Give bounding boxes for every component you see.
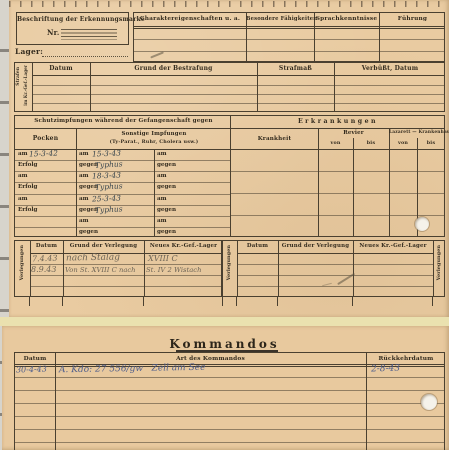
divider-stub <box>222 297 223 306</box>
divider-stub <box>236 297 237 306</box>
col-header-reason: Grund der Verlegung <box>278 243 353 249</box>
pow-record-card-scan: Beschriftung der Erkennungsmarke Nr. Lag… <box>0 0 449 450</box>
lazarett-von-label: von <box>389 140 417 146</box>
vacc-value: Typhus <box>95 204 123 214</box>
col-header-conduct: Führung <box>379 16 446 22</box>
transfer-new-camp: XVIII C <box>148 254 178 263</box>
divider-stub <box>62 297 63 306</box>
transfers-side-label: Verlegungen <box>436 245 442 280</box>
divider-stub <box>352 297 353 306</box>
kommando-date: 30-4-43 <box>16 364 47 374</box>
punch-hole <box>421 394 437 410</box>
traits-table: Charaktereigenschaften u. a. Besondere F… <box>133 12 445 62</box>
vacc-label: am <box>157 196 167 202</box>
vacc-value: 18-3-43 <box>92 170 121 180</box>
col-header-abilities: Besondere Fähigkeiten <box>246 16 314 22</box>
transfer-date: 8.9.43 <box>31 265 56 274</box>
nr-label: Nr. <box>47 28 59 37</box>
nr-ruled-lines <box>61 29 117 40</box>
vacc-label: am <box>79 151 89 157</box>
col-header-art: Art des Kommandos <box>55 356 366 362</box>
divider-stub <box>29 297 30 306</box>
vacc-label: gegen <box>157 207 176 213</box>
vacc-label: am <box>157 151 167 157</box>
vacc-label: gegen <box>157 229 176 235</box>
vacc-value: 15-3-43 <box>92 148 121 158</box>
vacc-label: gegen <box>79 229 98 235</box>
transfers-side-label: Verlegungen <box>226 245 232 280</box>
vacc-label: am <box>79 196 89 202</box>
punishments-side-label-2: im Kr.-Gef.-Lager <box>23 65 28 106</box>
vacc-label: Erfolg <box>18 184 37 190</box>
col-header-traits: Charaktereigenschaften u. a. <box>134 16 246 22</box>
transfer-date: 7.4.43 <box>32 254 58 264</box>
kommandos-title: Kommandos <box>0 337 449 351</box>
id-tag-box: Beschriftung der Erkennungsmarke Nr. <box>16 12 129 45</box>
id-tag-box-title: Beschriftung der Erkennungsmarke <box>17 16 130 23</box>
vacc-label: am <box>79 173 89 179</box>
revier-bis-label: bis <box>353 140 389 146</box>
col-header-pocken: Pocken <box>15 135 76 142</box>
lager-dotted-line <box>42 56 128 57</box>
col-header-new-camp: Neues Kr.-Gef.-Lager <box>144 243 223 249</box>
vacc-label: gegen <box>157 184 176 190</box>
revier-von-label: von <box>318 140 353 146</box>
illnesses-title: Erkrankungen <box>231 118 445 125</box>
col-header-reason: Grund der Verlegung <box>63 243 144 249</box>
kommandos-table: Datum Art des Kommandos Rückkehrdatum 30… <box>14 352 445 450</box>
illnesses-table: Erkrankungen Krankheit Revier von bis La… <box>231 115 445 237</box>
divider-stub <box>277 297 278 306</box>
col-header-other-1: Sonstige Impfungen <box>76 131 232 137</box>
vacc-label: am <box>18 196 28 202</box>
divider-stub <box>432 297 433 306</box>
vacc-label: am <box>18 151 28 157</box>
col-header-date: Datum <box>32 65 90 72</box>
transfer-new-camp: St. IV 2 Wistach <box>146 266 201 274</box>
punishments-side-label-1: Strafen <box>16 67 21 86</box>
top-edge-tick-marks <box>9 1 449 7</box>
col-header-date: Datum <box>15 356 55 362</box>
vacc-label: am <box>18 173 28 179</box>
transfers-side-label: Verlegungen <box>19 245 25 280</box>
col-header-krankheit: Krankheit <box>231 136 318 142</box>
col-header-lazarett: Lazarett — Krankenhaus <box>389 130 445 135</box>
vacc-label: am <box>157 173 167 179</box>
col-header-new-camp: Neues Kr.-Gef.-Lager <box>353 243 433 249</box>
col-header-sentence: Strafmaß <box>257 65 334 72</box>
col-header-date: Datum <box>237 243 278 249</box>
vacc-value: 25-3-43 <box>92 193 121 203</box>
vacc-label: am <box>79 218 89 224</box>
kommando-art: A. Kdo: 27 556/gw Zell am See <box>59 363 206 376</box>
transfers-table-left: Verlegungen Datum Grund der Verlegung Ne… <box>14 240 222 297</box>
lazarett-bis-label: bis <box>417 140 445 146</box>
vacc-value: Typhus <box>95 181 123 191</box>
lager-label: Lager: <box>15 47 43 56</box>
transfer-reason: nach Stalag <box>66 253 120 264</box>
kommando-return-date: 2-8-43 <box>371 363 400 374</box>
col-header-return: Rückkehrdatum <box>366 356 446 362</box>
vacc-value: Typhus <box>95 159 123 169</box>
card-gap-strip <box>0 317 449 326</box>
punishments-table: Strafen im Kr.-Gef.-Lager Datum Grund de… <box>14 62 445 112</box>
vacc-label: Erfolg <box>18 162 37 168</box>
transfer-reason: Von St. XVIII C nach <box>65 266 136 274</box>
col-header-other-2: (Ty-Parat., Ruhr, Cholera usw.) <box>76 139 232 145</box>
vaccinations-title: Schutzimpfungen während der Gefangenscha… <box>15 118 232 124</box>
vaccinations-table: Schutzimpfungen während der Gefangenscha… <box>14 115 231 237</box>
vacc-label: gegen <box>157 162 176 168</box>
vacc-label: Erfolg <box>18 207 37 213</box>
col-header-date: Datum <box>30 243 63 249</box>
vacc-value: 15-3-42 <box>29 148 58 158</box>
col-header-languages: Sprachkenntnisse <box>314 16 379 22</box>
col-header-reason: Grund der Bestrafung <box>90 65 257 72</box>
punch-hole <box>415 217 429 231</box>
col-header-served: Verbüßt, Datum <box>334 65 446 72</box>
vacc-label: am <box>157 218 167 224</box>
divider-stub <box>143 297 144 306</box>
col-header-revier: Revier <box>318 130 389 136</box>
transfers-table-right: Verlegungen Datum Grund der Verlegung Ne… <box>222 240 445 297</box>
